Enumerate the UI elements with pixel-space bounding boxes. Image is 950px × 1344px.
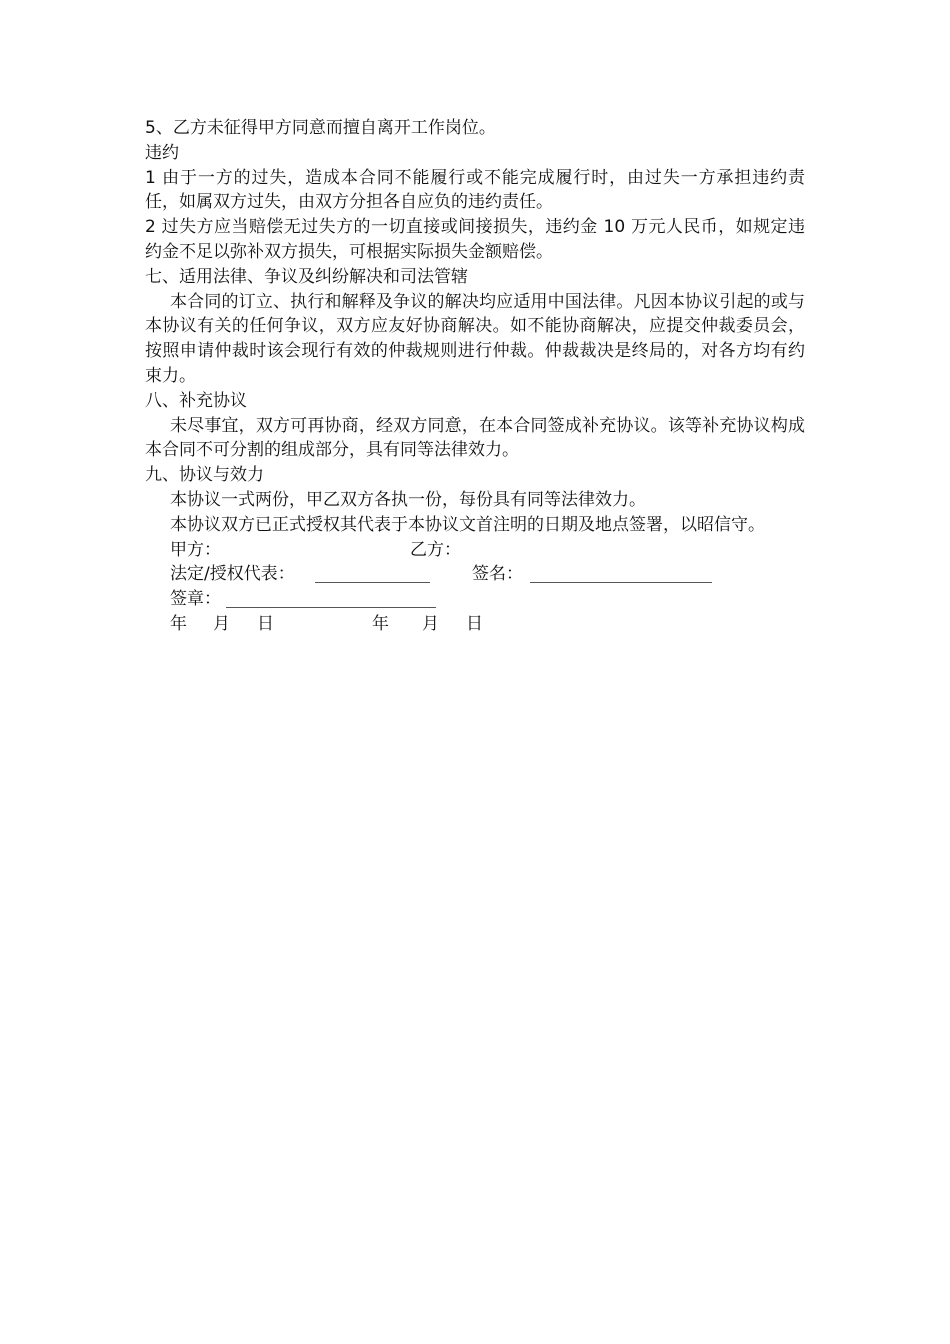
seal-blank-line[interactable] xyxy=(226,589,436,608)
representative-blank-line[interactable] xyxy=(315,564,430,583)
section-8-heading: 八、补充协议 xyxy=(145,389,805,414)
signature-blank-line[interactable] xyxy=(530,564,712,583)
breach-item-1: 1 由于一方的过失，造成本合同不能履行或不能完成履行时，由过失一方承担违约责任，… xyxy=(145,166,805,216)
party-a-label: 甲方： xyxy=(170,538,221,563)
representative-label: 法定/授权代表： xyxy=(170,562,295,587)
date-a-year: 年 xyxy=(170,612,187,637)
clause-5: 5、乙方未征得甲方同意而擅自离开工作岗位。 xyxy=(145,116,805,141)
date-b-month: 月 xyxy=(422,612,439,637)
document-page: 5、乙方未征得甲方同意而擅自离开工作岗位。 违约 1 由于一方的过失，造成本合同… xyxy=(0,0,950,1344)
date-b-year: 年 xyxy=(372,612,389,637)
section-7-body: 本合同的订立、执行和解释及争议的解决均应适用中国法律。凡因本协议引起的或与本协议… xyxy=(145,290,805,389)
signature-label: 签名： xyxy=(472,562,523,587)
document-body: 5、乙方未征得甲方同意而擅自离开工作岗位。 违约 1 由于一方的过失，造成本合同… xyxy=(145,116,805,637)
signature-seal-row: 签章： xyxy=(145,587,805,612)
signature-date-row: 年 月 日 年 月 日 xyxy=(145,612,805,637)
date-b-day: 日 xyxy=(466,612,483,637)
section-9-body-1: 本协议一式两份，甲乙双方各执一份，每份具有同等法律效力。 xyxy=(145,488,805,513)
signature-representative-row: 法定/授权代表： 签名： xyxy=(145,562,805,587)
section-7-heading: 七、适用法律、争议及纠纷解决和司法管辖 xyxy=(145,265,805,290)
breach-item-2: 2 过失方应当赔偿无过失方的一切直接或间接损失，违约金 10 万元人民币，如规定… xyxy=(145,215,805,265)
date-a-month: 月 xyxy=(213,612,230,637)
date-a-day: 日 xyxy=(257,612,274,637)
seal-label: 签章： xyxy=(170,587,221,612)
section-9-body-2: 本协议双方已正式授权其代表于本协议文首注明的日期及地点签署，以昭信守。 xyxy=(145,513,805,538)
section-9-heading: 九、协议与效力 xyxy=(145,463,805,488)
party-b-label: 乙方： xyxy=(410,538,461,563)
signature-parties-row: 甲方： 乙方： xyxy=(145,538,805,563)
section-8-body: 未尽事宜，双方可再协商，经双方同意，在本合同签成补充协议。该等补充协议构成本合同… xyxy=(145,414,805,464)
breach-heading: 违约 xyxy=(145,141,805,166)
